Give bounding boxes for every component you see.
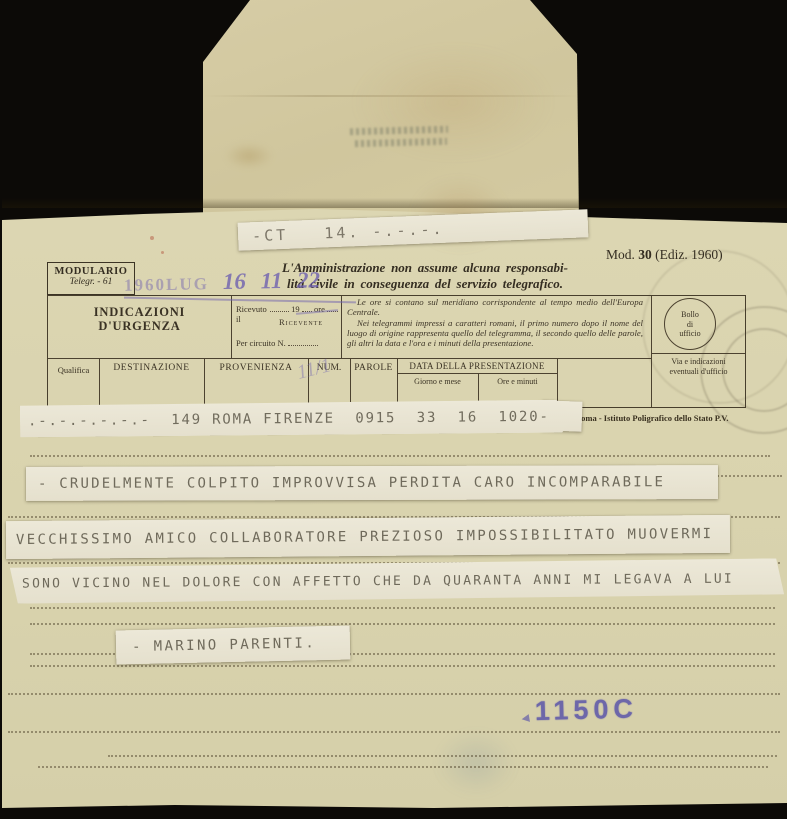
message-strip: VECCHISSIMO AMICO COLLABORATORE PREZIOSO… [6,515,730,559]
ruling-line [30,607,775,609]
routing-strip-text: .-.-.-.-.-.- 149 ROMA FIRENZE 0915 33 16… [28,408,550,429]
col-provenienza: PROVENIENZA [204,363,308,373]
form-table: INDICAZIONI D'URGENZA Ricevuto il 19 ore… [47,295,746,408]
routing-strip: .-.-.-.-.-.- 149 ROMA FIRENZE 0915 33 16… [20,400,573,438]
scanned-telegram: -CT 14. -.-.-. Mod. 30 (Ediz. 1960) MODU… [0,0,787,819]
mod-prefix: Mod. [606,247,635,262]
message-strip: - CRUDELMENTE COLPITO IMPROVVISA PERDITA… [26,465,718,501]
urgency-line1: INDICAZIONI [48,305,231,319]
postmark-circle [642,250,787,404]
note-paragraph: Nei telegrammi impressi a caratteri roma… [347,319,643,349]
note-paragraph: Le ore si contano sul meridiano corrispo… [347,298,643,318]
circuit-label: Per circuito N. [236,338,286,348]
notes-cell: Le ore si contano sul meridiano corrispo… [347,298,643,350]
circuit-line: Per circuito N. [236,338,338,348]
mod-number: 30 [638,247,652,262]
ruling-line [30,455,770,457]
ruling-line [108,755,777,757]
tape-fragment-text: -CT 14. -.-.-. [252,220,445,245]
dotted-field [270,304,289,312]
date-stamp-machine: 1960LUG [124,274,209,294]
signature-strip: - MARINO PARENTI. [116,626,351,665]
blue-smudge [436,730,516,796]
modulario-title: MODULARIO [48,266,134,277]
urgency-line2: D'URGENZA [48,319,231,333]
col-ore: Ore e minuti [478,377,557,386]
message-line2: VECCHISSIMO AMICO COLLABORATORE PREZIOSO… [16,526,713,548]
dotted-field [288,338,318,346]
signature-text: - MARINO PARENTI. [132,635,316,655]
ruling-line [8,693,780,695]
message-line1: - CRUDELMENTE COLPITO IMPROVVISA PERDITA… [38,474,665,492]
modulario-box: MODULARIO Telegr. - 61 [47,262,135,295]
stamp-arrow-mark: ◄ [518,709,533,727]
modulario-sub: Telegr. - 61 [48,277,134,287]
col-qualifica: Qualifica [48,365,99,375]
faint-number-smudge [225,143,273,169]
sheet-edge-shadow [2,198,787,208]
arrival-date-stamp: 1960LUG 16 11 22 [124,267,321,296]
red-speck [161,251,164,254]
col-giorno: Giorno e mese [397,377,478,386]
date-stamp-hand: 16 11 22 [223,267,321,294]
urgency-cell: INDICAZIONI D'URGENZA [48,305,231,333]
message-line3: SONO VICINO NEL DOLORE CON AFFETTO CHE D… [22,571,734,591]
col-destinazione: DESTINAZIONE [99,363,204,373]
red-speck [150,236,154,240]
ruling-line [30,665,775,667]
control-stamp: ◄ 1150C [518,693,639,727]
col-parole: PAROLE [350,363,397,373]
envelope-flap [203,0,579,224]
ruling-line [30,623,775,625]
control-stamp-text: 1150C [534,693,638,727]
ruling-line [38,766,768,768]
receiver-label: Ricevente [261,317,341,327]
col-data-presentazione: DATA DELLA PRESENTAZIONE [397,361,557,371]
ruling-line [8,731,780,733]
